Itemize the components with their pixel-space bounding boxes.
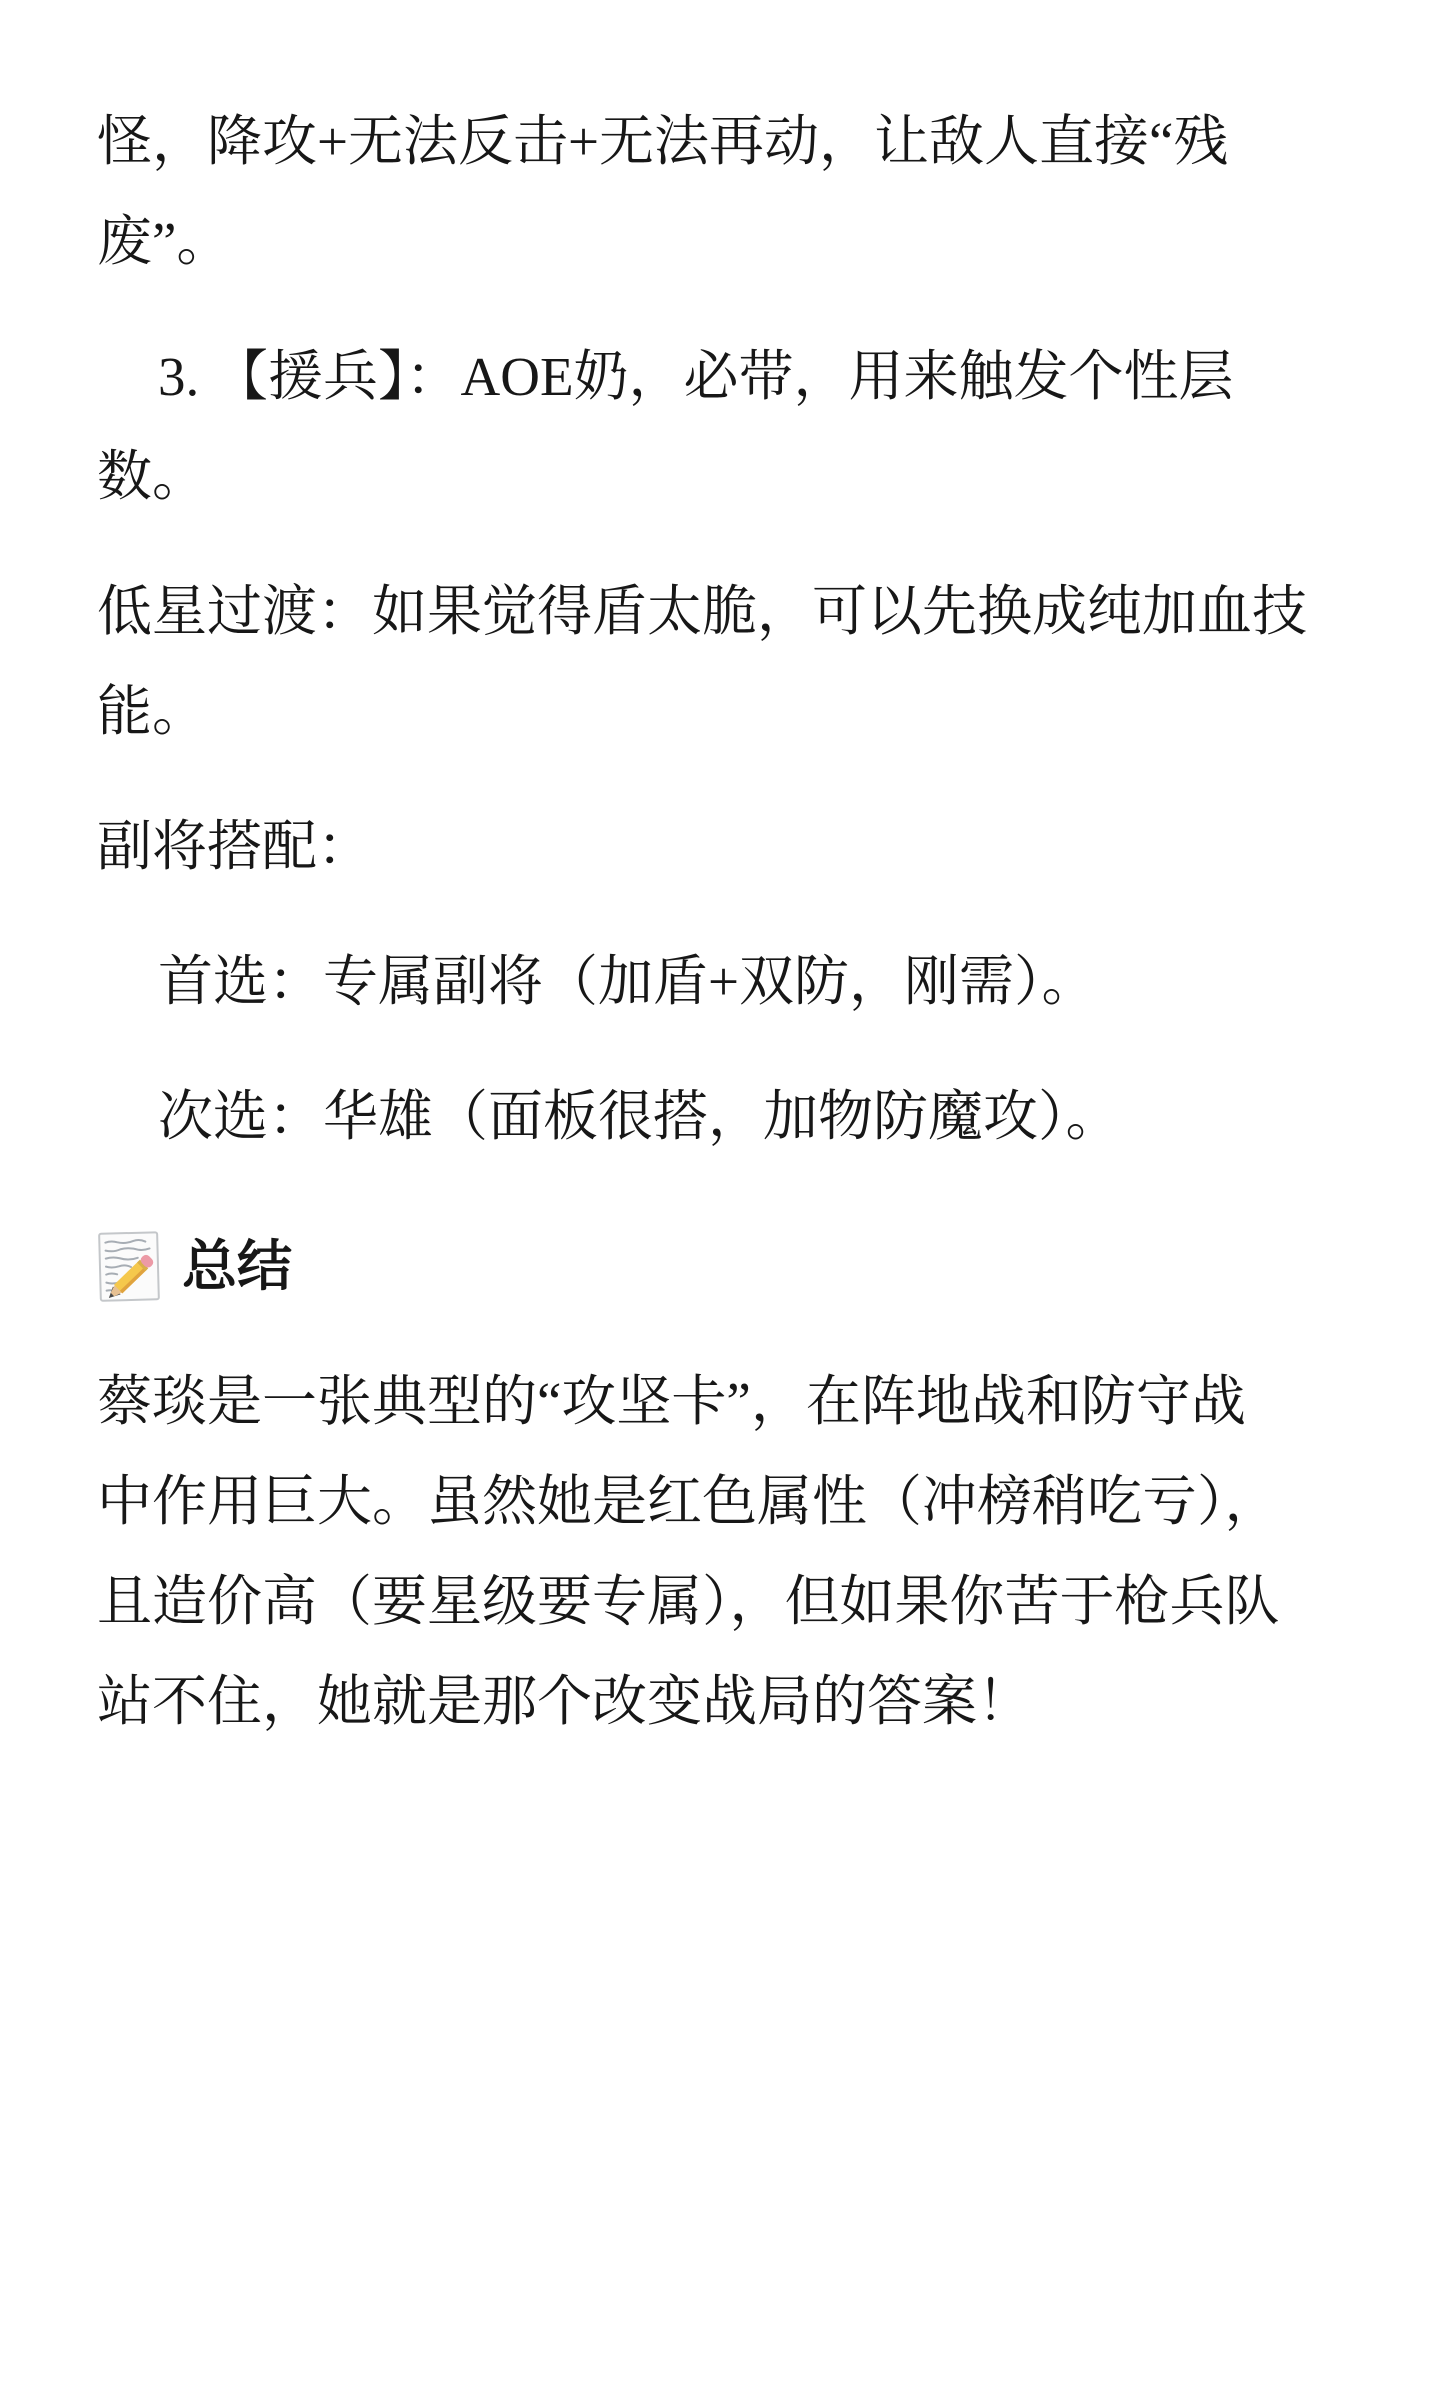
text-line: 怪，降攻+无法反击+无法再动，让敌人直接“残 <box>97 92 1346 192</box>
paragraph: 首选：专属副将（加盾+双防，刚需）。 <box>97 932 1346 1032</box>
text-line: 副将搭配： <box>97 797 1346 897</box>
document-page: 怪，降攻+无法反击+无法再动，让敌人直接“残废”。3. 【援兵】：AOE奶，必带… <box>0 0 1440 1752</box>
text-line: 且造价高（要星级要专属），但如果你苦于枪兵队 <box>97 1552 1346 1652</box>
text-line: 数。 <box>97 427 1346 527</box>
text-line: 次选：华雄（面板很搭，加物防魔攻）。 <box>97 1067 1346 1167</box>
paragraph: 3. 【援兵】：AOE奶，必带，用来触发个性层数。 <box>97 327 1346 527</box>
text-line: 3. 【援兵】：AOE奶，必带，用来触发个性层 <box>97 327 1346 427</box>
paragraph: 怪，降攻+无法反击+无法再动，让敌人直接“残废”。 <box>97 92 1346 292</box>
text-line: 首选：专属副将（加盾+双防，刚需）。 <box>97 932 1346 1032</box>
section-heading: 总结 <box>97 1217 1346 1317</box>
text-line: 站不住，她就是那个改变战局的答案！ <box>97 1652 1346 1752</box>
paragraph: 蔡琰是一张典型的“攻坚卡”，在阵地战和防守战中作用巨大。虽然她是红色属性（冲榜稍… <box>97 1352 1346 1752</box>
text-line: 能。 <box>97 662 1346 762</box>
text-line: 总结 <box>97 1217 1346 1317</box>
paragraph: 副将搭配： <box>97 797 1346 897</box>
paragraph: 次选：华雄（面板很搭，加物防魔攻）。 <box>97 1067 1346 1167</box>
heading-text: 总结 <box>182 1217 292 1317</box>
text-line: 蔡琰是一张典型的“攻坚卡”，在阵地战和防守战 <box>97 1352 1346 1452</box>
text-line: 废”。 <box>97 192 1346 292</box>
text-line: 低星过渡：如果觉得盾太脆，可以先换成纯加血技 <box>97 562 1346 662</box>
text-line: 中作用巨大。虽然她是红色属性（冲榜稍吃亏）， <box>97 1452 1346 1552</box>
memo-icon <box>97 1231 163 1303</box>
paragraph: 低星过渡：如果觉得盾太脆，可以先换成纯加血技能。 <box>97 562 1346 762</box>
